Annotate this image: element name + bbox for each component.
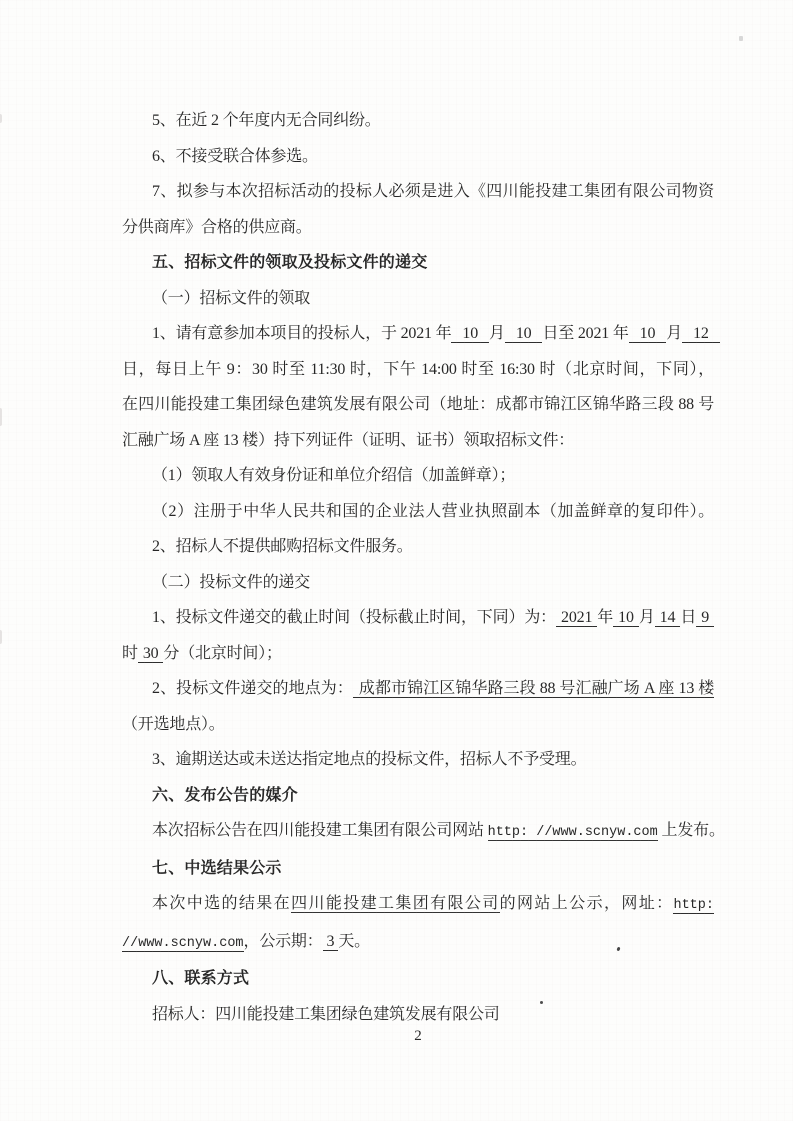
tender-doc-collection-line4: 汇融广场 A 座 13 楼）持下列证件（证明、证书）领取招标文件：	[122, 423, 714, 459]
text-run: 日至 2021 年	[542, 325, 628, 342]
blank-year: 2021	[556, 609, 597, 627]
text-run: 月	[639, 609, 655, 626]
no-mail-service: 2、招标人不提供邮购招标文件服务。	[122, 529, 714, 565]
section-5-heading: 五、招标文件的领取及投标文件的递交	[122, 245, 714, 281]
subsection-2-heading: （二）投标文件的递交	[122, 565, 714, 601]
text-run: 分（北京时间）；	[163, 645, 281, 662]
submission-deadline-line1: 1、投标文件递交的截止时间（投标截止时间，下同）为：2021年10月14日9	[122, 600, 714, 636]
section-7-heading: 七、中选结果公示	[122, 851, 714, 887]
tender-doc-collection-line2: 日，每日上午 9：30 时至 11:30 时，下午 14:00 时至 16:30…	[122, 352, 714, 388]
blank-day-start: 10	[505, 325, 543, 343]
result-publicity-line2: //www.scnyw.com，公示期：3天。	[122, 924, 714, 962]
tender-doc-collection-line3: 在四川能投建工集团绿色建筑发展有限公司（地址：成都市锦江区锦华路三段 88 号	[122, 387, 714, 423]
text-run: 时	[122, 645, 138, 662]
website-url-part2: //www.scnyw.com	[122, 936, 244, 952]
cert-business-license: （2）注册于中华人民共和国的企业法人营业执照副本（加盖鲜章的复印件）。	[122, 494, 714, 530]
text-run: 年	[597, 609, 613, 626]
website-url: http: //www.scnyw.com	[488, 825, 658, 841]
text-run: 的网站上公示，网址：	[500, 895, 674, 912]
scan-speck	[540, 1001, 543, 1004]
blank-month-start: 10	[451, 325, 489, 343]
text-run: ，公示期：	[244, 933, 323, 950]
subsection-1-heading: （一）招标文件的领取	[122, 281, 714, 317]
text-run: 上发布。	[658, 822, 725, 839]
submission-deadline-line2: 时30分（北京时间）；	[122, 636, 714, 672]
document-content: 5、在近 2 个年度内无合同纠纷。 6、不接受联合体参选。 7、拟参与本次招标活…	[122, 103, 714, 1032]
text-run: 本次中选的结果在	[152, 895, 291, 912]
blank-month: 10	[613, 609, 639, 627]
cert-id-letter: （1）领取人有效身份证和单位介绍信（加盖鲜章）；	[122, 458, 714, 494]
text-run: 本次招标公告在四川能投建工集团有限公司网站	[152, 822, 488, 839]
blank-hour: 9	[696, 609, 714, 627]
scan-edge-artifact	[0, 114, 2, 123]
text-run: 月	[489, 325, 505, 342]
late-delivery-clause: 3、逾期送达或未送达指定地点的投标文件，招标人不予受理。	[122, 742, 714, 778]
scanned-document-page: 5、在近 2 个年度内无合同纠纷。 6、不接受联合体参选。 7、拟参与本次招标活…	[0, 0, 793, 1121]
result-publicity-line1: 本次中选的结果在四川能投建工集团有限公司的网站上公示，网址：http:	[122, 886, 714, 924]
announcement-media-body: 本次招标公告在四川能投建工集团有限公司网站 http: //www.scnyw.…	[122, 813, 714, 851]
scan-edge-artifact	[0, 408, 2, 426]
tender-doc-collection-line1: 1、请有意参加本项目的投标人，于 2021 年10月10日至 2021 年10月…	[122, 316, 714, 352]
blank-publicity-days: 3	[323, 933, 339, 951]
text-run: 月	[666, 325, 682, 342]
text-run: 日	[680, 609, 696, 626]
scan-edge-artifact	[0, 630, 2, 644]
blank-day-end: 12	[682, 325, 720, 343]
blank-minute: 30	[138, 645, 164, 663]
section-8-heading: 八、联系方式	[122, 961, 714, 997]
text-run: 天。	[338, 933, 370, 950]
submission-place-line1: 2、投标文件递交的地点为：成都市锦江区锦华路三段 88 号汇融广场 A 座 13…	[122, 671, 714, 707]
clause-no-contract-dispute: 5、在近 2 个年度内无合同纠纷。	[122, 103, 714, 139]
clause-supplier-pool-line2: 分供商库》合格的供应商。	[122, 210, 714, 246]
scan-speck	[739, 36, 743, 41]
text-run: 1、投标文件递交的截止时间（投标截止时间，下同）为：	[152, 609, 556, 626]
text-run: 2、投标文件递交的地点为：	[152, 680, 353, 697]
page-number: 2	[122, 1019, 714, 1054]
underlined-company-name: 四川能投建工集团有限公司	[291, 895, 500, 913]
text-run: 1、请有意参加本项目的投标人，于 2021 年	[152, 325, 451, 342]
blank-day: 14	[655, 609, 681, 627]
clause-supplier-pool-line1: 7、拟参与本次招标活动的投标人必须是进入《四川能投建工集团有限公司物资	[122, 174, 714, 210]
underlined-address: 成都市锦江区锦华路三段 88 号汇融广场 A 座 13 楼	[353, 680, 714, 698]
blank-month-end: 10	[629, 325, 667, 343]
clause-no-consortium: 6、不接受联合体参选。	[122, 139, 714, 175]
website-url-part1: http:	[673, 898, 714, 914]
section-6-heading: 六、发布公告的媒介	[122, 778, 714, 814]
submission-place-line2: （开选地点）。	[122, 707, 714, 743]
